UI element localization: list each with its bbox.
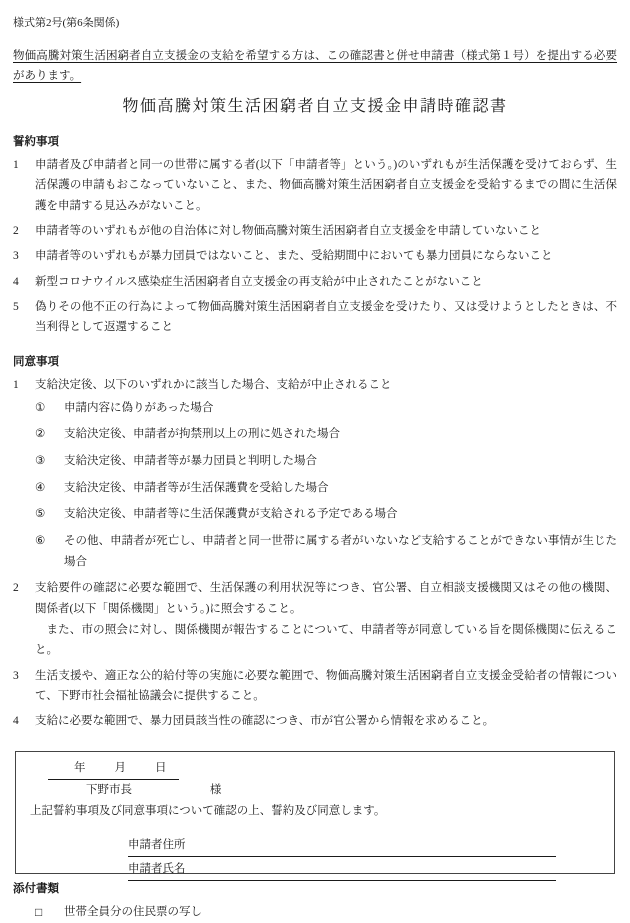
pledge-item-5: 5 偽りその他不正の行為によって物価高騰対策生活困窮者自立支援金を受けたり、又は…: [13, 297, 617, 338]
item-text: 支給要件の確認に必要な範囲で、生活保護の利用状況等につき、官公署、自立相談支援機…: [35, 578, 617, 661]
addressee-line: 下野市長 様: [86, 780, 602, 801]
item-number: 4: [13, 711, 35, 732]
item-text-main: 支給要件の確認に必要な範囲で、生活保護の利用状況等につき、官公署、自立相談支援機…: [35, 578, 617, 619]
circled-number: ④: [35, 478, 64, 499]
applicant-name-field: 申請者氏名: [128, 859, 556, 881]
field-label: 申請者住所: [128, 839, 186, 851]
item-number: 4: [13, 272, 35, 293]
document-page: 様式第2号(第6条関係) 物価高騰対策生活困窮者自立支援金の支給を希望する方は、…: [0, 0, 630, 903]
item-number: 5: [13, 297, 35, 338]
item-text: 支給決定後、申請者等が生活保護費を受給した場合: [64, 478, 617, 499]
consent-subitem-4: ④ 支給決定後、申請者等が生活保護費を受給した場合: [35, 478, 617, 499]
item-number: 3: [13, 666, 35, 707]
section-consent: 同意事項 1 支給決定後、以下のいずれかに該当した場合、支給が中止されること ①…: [13, 352, 617, 732]
pledge-item-2: 2 申請者等のいずれもが他の自治体に対し物価高騰対策生活困窮者自立支援金を申請し…: [13, 221, 617, 242]
section-attachments: 添付書類 □ 世帯全員分の住民票の写し: [13, 879, 617, 923]
item-text: 支給決定後、申請者等に生活保護費が支給される予定である場合: [64, 504, 617, 525]
checkbox-icon: □: [35, 902, 64, 923]
circled-number: ⑥: [35, 531, 64, 572]
item-text: 申請者及び申請者と同一の世帯に属する者(以下「申請者等」という。)のいずれもが生…: [35, 155, 617, 217]
consent-subitem-3: ③ 支給決定後、申請者等が暴力団員と判明した場合: [35, 451, 617, 472]
item-number: 2: [13, 221, 35, 242]
document-title: 物価高騰対策生活困窮者自立支援金申請時確認書: [13, 93, 617, 122]
attachment-label: 世帯全員分の住民票の写し: [64, 902, 202, 923]
pledge-item-3: 3 申請者等のいずれもが暴力団員ではないこと、また、受給期間中においても暴力団員…: [13, 246, 617, 267]
item-number: 2: [13, 578, 35, 661]
consent-item-2: 2 支給要件の確認に必要な範囲で、生活保護の利用状況等につき、官公署、自立相談支…: [13, 578, 617, 661]
field-label: 申請者氏名: [128, 863, 186, 875]
pledge-item-1: 1 申請者及び申請者と同一の世帯に属する者(以下「申請者等」という。)のいずれも…: [13, 155, 617, 217]
attachments-heading: 添付書類: [13, 879, 617, 900]
item-text: 支給決定後、以下のいずれかに該当した場合、支給が中止されること: [35, 375, 617, 396]
item-text: 偽りその他不正の行為によって物価高騰対策生活困窮者自立支援金を受けたり、又は受け…: [35, 297, 617, 338]
pledge-item-4: 4 新型コロナウイルス感染症生活困窮者自立支援金の再支給が中止されたことがないこ…: [13, 272, 617, 293]
item-number: 1: [13, 155, 35, 217]
item-text: 支給に必要な範囲で、暴力団員該当性の確認につき、市が官公署から情報を求めること。: [35, 711, 617, 732]
honorific: 様: [210, 784, 222, 796]
date-blank-field: 年 月 日: [48, 758, 179, 780]
item-text: 申請者等のいずれもが暴力団員ではないこと、また、受給期間中においても暴力団員にな…: [35, 246, 617, 267]
item-text: 支給決定後、申請者等が暴力団員と判明した場合: [64, 451, 617, 472]
form-number: 様式第2号(第6条関係): [13, 14, 617, 34]
circled-number: ⑤: [35, 504, 64, 525]
circled-number: ①: [35, 398, 64, 419]
item-text: 申請者等のいずれもが他の自治体に対し物価高騰対策生活困窮者自立支援金を申請してい…: [35, 221, 617, 242]
applicant-address-row: 申請者住所: [128, 835, 602, 857]
item-number: 1: [13, 375, 35, 396]
item-text: 生活支援や、適正な公的給付等の実施に必要な範囲で、物価高騰対策生活困窮者自立支援…: [35, 666, 617, 707]
date-line: 年 月 日: [48, 758, 602, 780]
consent-heading: 同意事項: [13, 352, 617, 373]
item-text: その他、申請者が死亡し、申請者と同一世帯に属する者がいないなど支給することができ…: [64, 531, 617, 572]
consent-item-3: 3 生活支援や、適正な公的給付等の実施に必要な範囲で、物価高騰対策生活困窮者自立…: [13, 666, 617, 707]
declaration-statement: 上記誓約事項及び同意事項について確認の上、誓約及び同意します。: [30, 801, 602, 822]
circled-number: ③: [35, 451, 64, 472]
attachment-item-1: □ 世帯全員分の住民票の写し: [35, 902, 617, 923]
intro-note: 物価高騰対策生活困窮者自立支援金の支給を希望する方は、この確認書と併せ申請書（様…: [13, 46, 617, 87]
consent-subitem-5: ⑤ 支給決定後、申請者等に生活保護費が支給される予定である場合: [35, 504, 617, 525]
item-number: 3: [13, 246, 35, 267]
intro-note-text: 物価高騰対策生活困窮者自立支援金の支給を希望する方は、この確認書と併せ申請書（様…: [13, 50, 617, 83]
pledge-heading: 誓約事項: [13, 132, 617, 153]
item-text: 申請内容に偽りがあった場合: [64, 398, 617, 419]
declaration-box: 年 月 日 下野市長 様 上記誓約事項及び同意事項について確認の上、誓約及び同意…: [15, 751, 615, 874]
item-text-continuation: また、市の照会に対し、関係機関が報告することについて、申請者等が同意している旨を…: [35, 620, 617, 661]
applicant-name-row: 申請者氏名: [128, 859, 602, 881]
consent-subitem-2: ② 支給決定後、申請者が拘禁刑以上の刑に処された場合: [35, 424, 617, 445]
section-pledge: 誓約事項 1 申請者及び申請者と同一の世帯に属する者(以下「申請者等」という。)…: [13, 132, 617, 338]
consent-subitem-1: ① 申請内容に偽りがあった場合: [35, 398, 617, 419]
item-text: 支給決定後、申請者が拘禁刑以上の刑に処された場合: [64, 424, 617, 445]
applicant-address-field: 申請者住所: [128, 835, 556, 857]
item-text: 新型コロナウイルス感染症生活困窮者自立支援金の再支給が中止されたことがないこと: [35, 272, 617, 293]
consent-subitem-6: ⑥ その他、申請者が死亡し、申請者と同一世帯に属する者がいないなど支給することが…: [35, 531, 617, 572]
circled-number: ②: [35, 424, 64, 445]
addressee: 下野市長: [86, 784, 132, 796]
consent-item-1: 1 支給決定後、以下のいずれかに該当した場合、支給が中止されること: [13, 375, 617, 396]
consent-item-4: 4 支給に必要な範囲で、暴力団員該当性の確認につき、市が官公署から情報を求めるこ…: [13, 711, 617, 732]
